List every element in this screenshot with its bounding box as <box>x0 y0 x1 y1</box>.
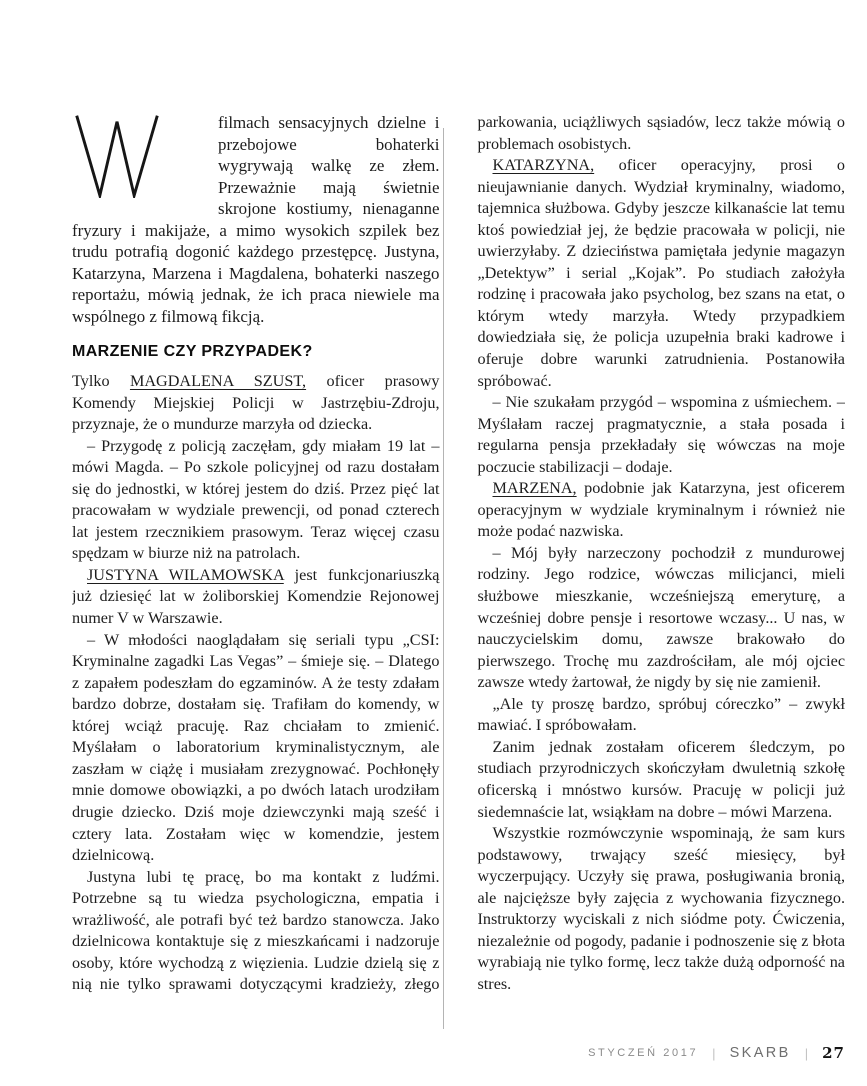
body-paragraph: Wszystkie rozmówczynie wspominają, że sa… <box>478 823 846 995</box>
footer-page-number: 27 <box>822 1044 845 1062</box>
column-divider <box>443 128 444 1029</box>
body-paragraph: – Nie szukałam przygód – wspomina z uśmi… <box>478 392 846 478</box>
body-paragraph: MARZENA, podobnie jak Katarzyna, jest of… <box>478 478 846 543</box>
body-paragraph: – Przygodę z policją zaczęłam, gdy miała… <box>72 436 440 565</box>
footer-separator: | <box>805 1046 808 1061</box>
article-columns: Wfilmach sensacyjnych dzielne i przebojo… <box>72 112 845 1026</box>
page-footer: STYCZEŃ 2017 | SKARB | 27 <box>588 1044 845 1062</box>
magazine-page: { "page": { "background": "#ffffff", "ac… <box>0 0 867 1086</box>
underlined-name: MARZENA, <box>493 479 577 497</box>
body-paragraph: JUSTYNA WILAMOWSKA jest funkcjonariuszką… <box>72 565 440 630</box>
underlined-name: MAGDALENA SZUST, <box>130 372 306 390</box>
footer-issue-date: STYCZEŃ 2017 <box>588 1047 698 1059</box>
body-paragraph: KATARZYNA, oficer operacyjny, prosi o ni… <box>478 155 846 392</box>
body-paragraph: – W młodości naoglądałam się seriali typ… <box>72 630 440 867</box>
intro-paragraph: Wfilmach sensacyjnych dzielne i przebojo… <box>72 112 440 327</box>
body-paragraph: Zanim jednak zostałam oficerem śledczym,… <box>478 737 846 823</box>
article-content: Wfilmach sensacyjnych dzielne i przebojo… <box>72 112 845 1026</box>
dropcap-letter: W <box>74 198 75 199</box>
body-paragraph: – Mój były narzeczony pochodził z mundur… <box>478 543 846 694</box>
footer-separator: | <box>712 1046 715 1061</box>
section-heading: MARZENIE CZY PRZYPADEK? <box>72 341 440 363</box>
body-paragraph: Tylko MAGDALENA SZUST, oficer prasowy Ko… <box>72 371 440 436</box>
underlined-name: KATARZYNA, <box>493 156 595 174</box>
footer-magazine-title: SKARB <box>730 1045 791 1061</box>
body-paragraph: „Ale ty proszę bardzo, spróbuj córeczko”… <box>478 694 846 737</box>
dropcap-letter-w-icon: W <box>74 114 160 198</box>
underlined-name: JUSTYNA WILAMOWSKA <box>87 566 284 584</box>
